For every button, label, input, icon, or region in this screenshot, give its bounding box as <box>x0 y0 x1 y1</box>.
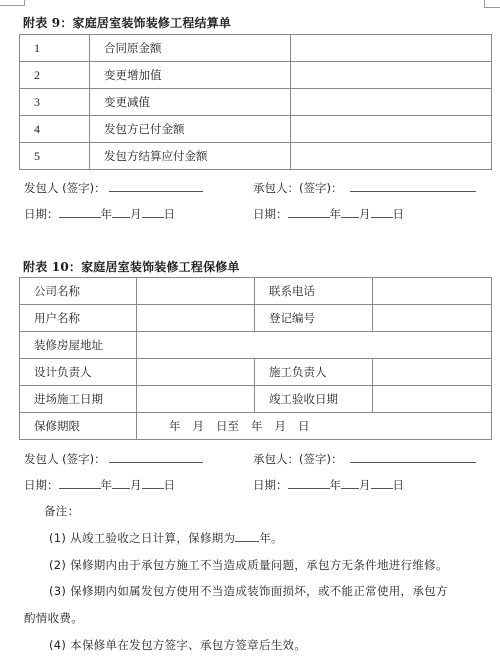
notes-heading: 备注： <box>44 503 79 519</box>
period-year: 年 <box>169 418 181 434</box>
address-field[interactable] <box>137 332 492 359</box>
day-field[interactable] <box>371 477 393 489</box>
row-number: 5 <box>20 143 90 170</box>
warranty-period-field[interactable]: 年月日至年月日 <box>137 413 492 440</box>
month-field[interactable] <box>341 206 359 218</box>
row-label: 变更增加值 <box>90 62 291 89</box>
employer-signature-field[interactable] <box>109 180 203 192</box>
note-1-text: (1) 从竣工验收之日计算，保修期为 <box>49 531 235 545</box>
month-label: 月 <box>130 207 142 221</box>
year-field[interactable] <box>288 206 330 218</box>
contractor-signature-line: 承包人：(签字)： <box>253 180 476 196</box>
employer-signature-label: 发包人 (签字)： <box>24 452 106 466</box>
row-value-cell[interactable] <box>291 62 492 89</box>
note-4: (4) 本保修单在发包方签字、承包方签章后生效。 <box>49 637 306 653</box>
row-number: 2 <box>20 62 90 89</box>
note-1: (1) 从竣工验收之日计算，保修期为年。 <box>49 530 283 546</box>
day-field[interactable] <box>371 206 393 218</box>
year-label: 年 <box>330 478 342 492</box>
date-label: 日期： <box>253 478 288 492</box>
contact-phone-label: 联系电话 <box>255 278 373 305</box>
company-name-label: 公司名称 <box>20 278 137 305</box>
month-label: 月 <box>130 478 142 492</box>
construction-lead-field[interactable] <box>373 359 492 386</box>
date-label: 日期： <box>253 207 288 221</box>
period-month: 月 <box>193 418 205 434</box>
acceptance-date-label: 竣工验收日期 <box>255 386 373 413</box>
table10-title: 附表 10：家庭居室装饰装修工程保修单 <box>23 258 240 275</box>
table-row: 装修房屋地址 <box>20 332 492 359</box>
employer-signature-line: 发包人 (签字)： <box>24 451 203 467</box>
employer-signature-label: 发包人 (签字)： <box>24 181 106 195</box>
day-label: 日 <box>164 207 176 221</box>
table9-title: 附表 9：家庭居室装饰装修工程结算单 <box>23 14 231 31</box>
row-label: 发包方已付金额 <box>90 116 291 143</box>
period-month: 月 <box>275 418 287 434</box>
page-corner-mark <box>484 0 500 8</box>
registration-no-field[interactable] <box>373 305 492 332</box>
table-row: 3 变更减值 <box>20 89 492 116</box>
design-lead-label: 设计负责人 <box>20 359 137 386</box>
date-label: 日期： <box>24 207 59 221</box>
row-label: 发包方结算应付金额 <box>90 143 291 170</box>
year-field[interactable] <box>59 477 101 489</box>
year-label: 年 <box>101 478 113 492</box>
contact-phone-field[interactable] <box>373 278 492 305</box>
row-number: 3 <box>20 89 90 116</box>
page-corner-mark <box>0 0 25 6</box>
employer-signature-field[interactable] <box>109 451 203 463</box>
contractor-signature-label: 承包人：(签字)： <box>253 452 342 466</box>
address-label: 装修房屋地址 <box>20 332 137 359</box>
acceptance-date-field[interactable] <box>373 386 492 413</box>
table-row: 公司名称 联系电话 <box>20 278 492 305</box>
row-value-cell[interactable] <box>291 35 492 62</box>
period-day-to: 日至 <box>216 418 239 434</box>
table-row: 用户名称 登记编号 <box>20 305 492 332</box>
table-row: 设计负责人 施工负责人 <box>20 359 492 386</box>
year-field[interactable] <box>288 477 330 489</box>
row-number: 1 <box>20 35 90 62</box>
year-label: 年 <box>101 207 113 221</box>
warranty-period-label: 保修期限 <box>20 413 137 440</box>
design-lead-field[interactable] <box>137 359 255 386</box>
user-name-label: 用户名称 <box>20 305 137 332</box>
year-label: 年 <box>330 207 342 221</box>
employer-signature-line: 发包人 (签字)： <box>24 180 203 196</box>
user-name-field[interactable] <box>137 305 255 332</box>
day-label: 日 <box>393 478 405 492</box>
day-label: 日 <box>393 207 405 221</box>
employer-date-line: 日期：年月日 <box>24 477 175 493</box>
year-field[interactable] <box>59 206 101 218</box>
row-label: 变更减值 <box>90 89 291 116</box>
contractor-signature-field[interactable] <box>350 451 476 463</box>
registration-no-label: 登记编号 <box>255 305 373 332</box>
start-date-label: 进场施工日期 <box>20 386 137 413</box>
company-name-field[interactable] <box>137 278 255 305</box>
settlement-table: 1 合同原金额 2 变更增加值 3 变更减值 4 发包方已付金额 5 发包方结算… <box>19 34 492 170</box>
row-value-cell[interactable] <box>291 89 492 116</box>
table-row: 2 变更增加值 <box>20 62 492 89</box>
row-value-cell[interactable] <box>291 143 492 170</box>
contractor-signature-label: 承包人：(签字)： <box>253 181 342 195</box>
row-number: 4 <box>20 116 90 143</box>
table-row: 保修期限 年月日至年月日 <box>20 413 492 440</box>
note-3-continued: 酌情收费。 <box>24 610 83 626</box>
contractor-date-line: 日期：年月日 <box>253 206 404 222</box>
month-label: 月 <box>359 478 371 492</box>
date-label: 日期： <box>24 478 59 492</box>
note-3: (3) 保修期内如属发包方使用不当造成装饰面损坏，或不能正常使用，承包方 <box>49 583 448 599</box>
note-2: (2) 保修期内由于承包方施工不当造成质量问题，承包方无条件地进行维修。 <box>49 557 448 573</box>
period-day: 日 <box>298 418 310 434</box>
table-row: 1 合同原金额 <box>20 35 492 62</box>
day-label: 日 <box>164 478 176 492</box>
employer-date-line: 日期：年月日 <box>24 206 175 222</box>
month-field[interactable] <box>341 477 359 489</box>
contractor-signature-line: 承包人：(签字)： <box>253 451 476 467</box>
note-1-suffix: 年。 <box>259 531 283 545</box>
contractor-date-line: 日期：年月日 <box>253 477 404 493</box>
table-row: 5 发包方结算应付金额 <box>20 143 492 170</box>
warranty-table: 公司名称 联系电话 用户名称 登记编号 装修房屋地址 设计负责人 施工负责人 进… <box>19 277 492 440</box>
row-value-cell[interactable] <box>291 116 492 143</box>
warranty-years-field[interactable] <box>235 530 259 542</box>
day-field[interactable] <box>142 477 164 489</box>
month-field[interactable] <box>112 477 130 489</box>
start-date-field[interactable] <box>137 386 255 413</box>
contractor-signature-field[interactable] <box>350 180 476 192</box>
table-row: 4 发包方已付金额 <box>20 116 492 143</box>
row-label: 合同原金额 <box>90 35 291 62</box>
day-field[interactable] <box>142 206 164 218</box>
period-year: 年 <box>251 418 263 434</box>
construction-lead-label: 施工负责人 <box>255 359 373 386</box>
table-row: 进场施工日期 竣工验收日期 <box>20 386 492 413</box>
month-field[interactable] <box>112 206 130 218</box>
month-label: 月 <box>359 207 371 221</box>
